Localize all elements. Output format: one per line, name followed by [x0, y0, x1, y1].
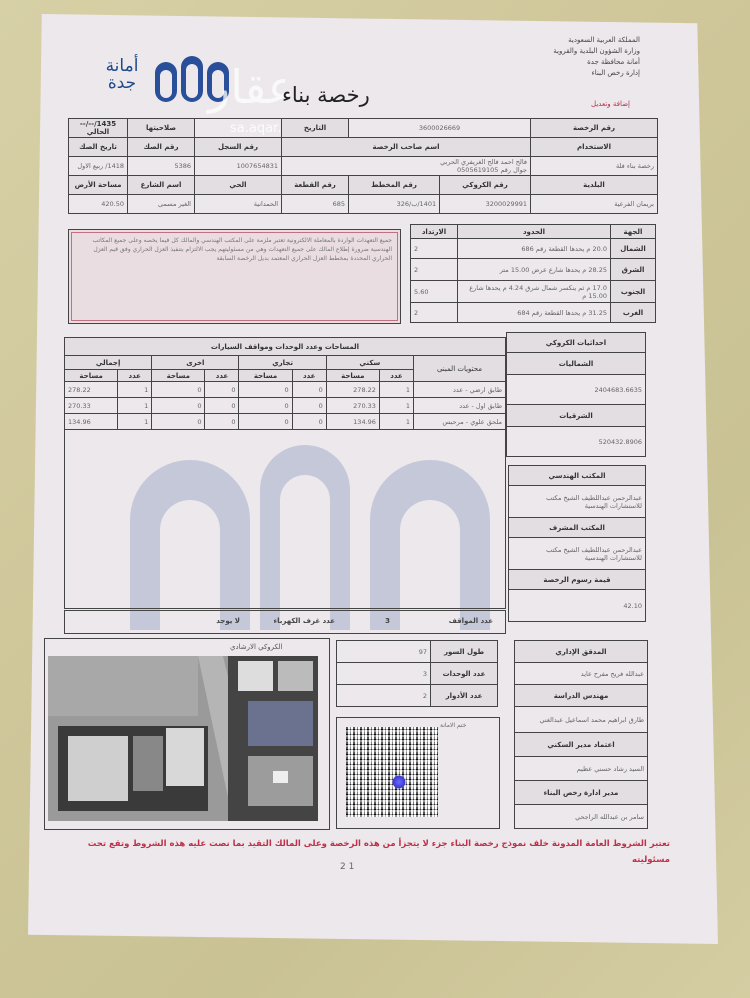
- plot-number: 685: [282, 195, 349, 214]
- commercial-count: 0: [292, 414, 326, 430]
- gov-line: وزارة الشؤون البلدية والقروية: [553, 46, 640, 57]
- other-area: 0: [152, 398, 205, 414]
- other-count: 0: [205, 414, 239, 430]
- setback: 5.60: [411, 281, 458, 303]
- approval-value: سامر بن عبدالله الراجحي: [515, 805, 648, 829]
- floors-value: 2: [337, 685, 431, 707]
- logo-amana-text: أمانة جدة: [92, 58, 152, 92]
- other-area: 0: [152, 414, 205, 430]
- side: الشمال: [611, 239, 656, 259]
- area-subheader: مساحة: [326, 370, 379, 382]
- east-value: 520432.8906: [507, 427, 646, 457]
- district-label: الحي: [195, 176, 282, 195]
- approval-label: مهندس الدراسة: [515, 685, 648, 707]
- deed-number-label: رقم الصك: [128, 138, 195, 157]
- other-count: 0: [205, 382, 239, 398]
- total-count: 1: [118, 414, 152, 430]
- count-subheader: عدد: [379, 370, 413, 382]
- usage-value: رخصة بناء فلة: [531, 157, 658, 176]
- plot-label: رقم القطعة: [282, 176, 349, 195]
- total-area: 278.22: [65, 382, 118, 398]
- fees-value: 42.10: [509, 590, 646, 622]
- date-value: [195, 119, 282, 138]
- owner-name-text: فالح احمد فالح الغريفري الحربي: [285, 158, 527, 166]
- aerial-map-image: [48, 656, 318, 821]
- count-subheader: عدد: [205, 370, 239, 382]
- side: الشرق: [611, 259, 656, 281]
- residential-area: 270.33: [326, 398, 379, 414]
- other-group: اخرى: [152, 356, 239, 370]
- coordinates-title: احداثيات الكروكي: [507, 333, 646, 353]
- units-label: عدد الوحدات: [431, 663, 498, 685]
- sketch-label: الكروكي الارشادي: [230, 643, 283, 651]
- area-subheader: مساحة: [152, 370, 205, 382]
- table-row: 2 28.25 م يحدها شارع عرض 15.00 متر الشرق: [411, 259, 656, 281]
- areas-title: المساحات وعدد الوحدات ومواقف السيارات: [65, 338, 506, 356]
- commercial-count: 0: [292, 382, 326, 398]
- supervisor-office-value: عبدالرحمن عبداللطيف الشيخ مكتب للاستشارا…: [509, 538, 646, 570]
- qr-label: ختم الامانة: [440, 722, 466, 729]
- electric-rooms-value: لا يوجد: [216, 617, 240, 625]
- deed-date: 1418/ ربيع الاول: [69, 157, 128, 176]
- commercial-area: 0: [239, 398, 292, 414]
- gov-line: إدارة رخص البناء: [553, 68, 640, 79]
- boundary: 20.0 م يحدها القطعة رقم 686: [458, 239, 611, 259]
- stats-table: 97 طول السور 3 عدد الوحدات 2 عدد الأدوار: [336, 640, 498, 707]
- setback-header: الارتداد: [411, 225, 458, 239]
- parking-label: عدد المواقف: [449, 617, 493, 625]
- side: الجنوب: [611, 281, 656, 303]
- fees-label: قيمة رسوم الرخصة: [509, 570, 646, 590]
- total-area: 270.33: [65, 398, 118, 414]
- deed-date-label: تاريخ الصك: [69, 138, 128, 157]
- boundary: 31.25 م يحدها القطعة رقم 684: [458, 303, 611, 323]
- gov-line: أمانة محافظة جدة: [553, 57, 640, 68]
- usage-label: الاستخدام: [531, 138, 658, 157]
- east-label: الشرقيات: [507, 405, 646, 427]
- license-info-table: 1435/--/-- الحالي صلاحيتها التاريخ 36000…: [68, 118, 658, 214]
- validity-date: 1435/--/-- الحالي: [69, 119, 128, 138]
- registry-number: 1007654831: [195, 157, 282, 176]
- residential-count: 1: [379, 414, 413, 430]
- electric-rooms-label: عدد غرف الكهرباء: [274, 617, 335, 625]
- floors-label: عدد الأدوار: [431, 685, 498, 707]
- page-number: 2 1: [340, 862, 354, 872]
- offices-table: المكتب الهندسي عبدالرحمن عبداللطيف الشيخ…: [508, 465, 646, 622]
- government-header: المملكة العربية السعودية وزارة الشؤون ال…: [553, 35, 640, 79]
- engineering-office-value: عبدالرحمن عبداللطيف الشيخ مكتب للاستشارا…: [509, 486, 646, 518]
- street-name: الغير مسمى: [128, 195, 195, 214]
- side: الغرب: [611, 303, 656, 323]
- approval-label: اعتماد مدير السكني: [515, 733, 648, 757]
- commercial-area: 0: [239, 382, 292, 398]
- area-subheader: مساحة: [239, 370, 292, 382]
- residential-area: 134.96: [326, 414, 379, 430]
- license-type-tag: إضافة وتعديل: [591, 100, 630, 108]
- engineering-office-label: المكتب الهندسي: [509, 466, 646, 486]
- sketch-number-label: رقم الكروكي: [440, 176, 531, 195]
- qr-center-logo-icon: [392, 775, 406, 789]
- total-count: 1: [118, 398, 152, 414]
- setback: 2: [411, 303, 458, 323]
- floor-name: طابق اول - عدد: [414, 398, 506, 414]
- table-row: 2 20.0 م يحدها القطعة رقم 686 الشمال: [411, 239, 656, 259]
- setback: 2: [411, 239, 458, 259]
- north-label: الشماليات: [507, 353, 646, 375]
- table-row: 270.33 1 0 0 0 0 270.33 1 طابق اول - عدد: [65, 398, 506, 414]
- coordinates-table: احداثيات الكروكي الشماليات 2404683.6635 …: [506, 332, 646, 457]
- owner-label: اسم صاحب الرخصة: [282, 138, 531, 157]
- residential-group: سكني: [326, 356, 413, 370]
- owner-name: فالح احمد فالح الغريفري الحربي جوال رقم …: [282, 157, 531, 176]
- contents-label: محتويات المبنى: [414, 356, 506, 382]
- count-subheader: عدد: [292, 370, 326, 382]
- municipality: بريمان الفرعية: [531, 195, 658, 214]
- land-area-label: مساحة الأرض: [69, 176, 128, 195]
- license-number-label: رقم الرخصة: [531, 119, 658, 138]
- owner-phone: جوال رقم 0505619105: [285, 166, 527, 174]
- district-name: الحمدانية: [195, 195, 282, 214]
- residential-count: 1: [379, 382, 413, 398]
- areas-table: المساحات وعدد الوحدات ومواقف السيارات إج…: [64, 337, 506, 430]
- fence-length-value: 97: [337, 641, 431, 663]
- approval-value: طارق ابراهيم محمد اسماعيل عبدالغني: [515, 707, 648, 733]
- floor-name: طابق ارضي - عدد: [414, 382, 506, 398]
- terms-text: تعتبر الشروط العامة المدونة خلف نموذج رخ…: [50, 836, 670, 868]
- logo-line2: جدة: [92, 75, 152, 92]
- page-title: رخصة بناء: [282, 83, 370, 107]
- other-count: 0: [205, 398, 239, 414]
- commercial-group: تجاري: [239, 356, 326, 370]
- area-subheader: مساحة: [65, 370, 118, 382]
- other-area: 0: [152, 382, 205, 398]
- approval-value: السيد رشاد حسني عظيم: [515, 757, 648, 781]
- street-label: اسم الشارع: [128, 176, 195, 195]
- total-area: 134.96: [65, 414, 118, 430]
- residential-count: 1: [379, 398, 413, 414]
- approval-label: المدقق الإداري: [515, 641, 648, 663]
- setback: 2: [411, 259, 458, 281]
- municipality-label: البلدية: [531, 176, 658, 195]
- commercial-count: 0: [292, 398, 326, 414]
- approval-label: مدير ادارة رخص البناء: [515, 781, 648, 805]
- fence-length-label: طول السور: [431, 641, 498, 663]
- boundary: 17.0 م ثم ينكسر شمال شرق 4.24 م يحدها شا…: [458, 281, 611, 303]
- total-group: إجمالي: [65, 356, 152, 370]
- side-header: الجهة: [611, 225, 656, 239]
- north-value: 2404683.6635: [507, 375, 646, 405]
- table-row: 134.96 1 0 0 0 0 134.96 1 ملحق علوي - مر…: [65, 414, 506, 430]
- commercial-area: 0: [239, 414, 292, 430]
- approvals-table: المدقق الإداري عبدالله فريح مفرح عايد مه…: [514, 640, 648, 829]
- supervisor-office-label: المكتب المشرف: [509, 518, 646, 538]
- sketch-number: 3200029991: [440, 195, 531, 214]
- table-row: 5.60 17.0 م ثم ينكسر شمال شرق 4.24 م يحد…: [411, 281, 656, 303]
- plan-label: رقم المخطط: [349, 176, 440, 195]
- boundary-header: الحدود: [458, 225, 611, 239]
- table-row: 2 31.25 م يحدها القطعة رقم 684 الغرب: [411, 303, 656, 323]
- plan-number: 1401/ب/326: [349, 195, 440, 214]
- notes-box: جميع التعهدات الواردة بالمعاملة الالكترو…: [68, 229, 401, 324]
- boundary: 28.25 م يحدها شارع عرض 15.00 متر: [458, 259, 611, 281]
- gov-line: المملكة العربية السعودية: [553, 35, 640, 46]
- qr-pattern: [346, 727, 438, 817]
- parking-value: 3: [385, 617, 390, 625]
- boundaries-table: الارتداد الحدود الجهة 2 20.0 م يحدها الق…: [410, 224, 656, 323]
- registry-label: رقم السجل: [195, 138, 282, 157]
- date-label: التاريخ: [282, 119, 349, 138]
- total-count: 1: [118, 382, 152, 398]
- floor-name: ملحق علوي - مرحبس: [414, 414, 506, 430]
- units-value: 3: [337, 663, 431, 685]
- deed-number: 5386: [128, 157, 195, 176]
- count-subheader: عدد: [118, 370, 152, 382]
- land-area: 420.50: [69, 195, 128, 214]
- approval-value: عبدالله فريح مفرح عايد: [515, 663, 648, 685]
- table-row: 278.22 1 0 0 0 0 278.22 1 طابق ارضي - عد…: [65, 382, 506, 398]
- validity-label: صلاحيتها: [128, 119, 195, 138]
- parking-row: عدد المواقف 3 عدد غرف الكهرباء لا يوجد: [64, 610, 506, 634]
- license-number: 3600026669: [349, 119, 531, 138]
- residential-area: 278.22: [326, 382, 379, 398]
